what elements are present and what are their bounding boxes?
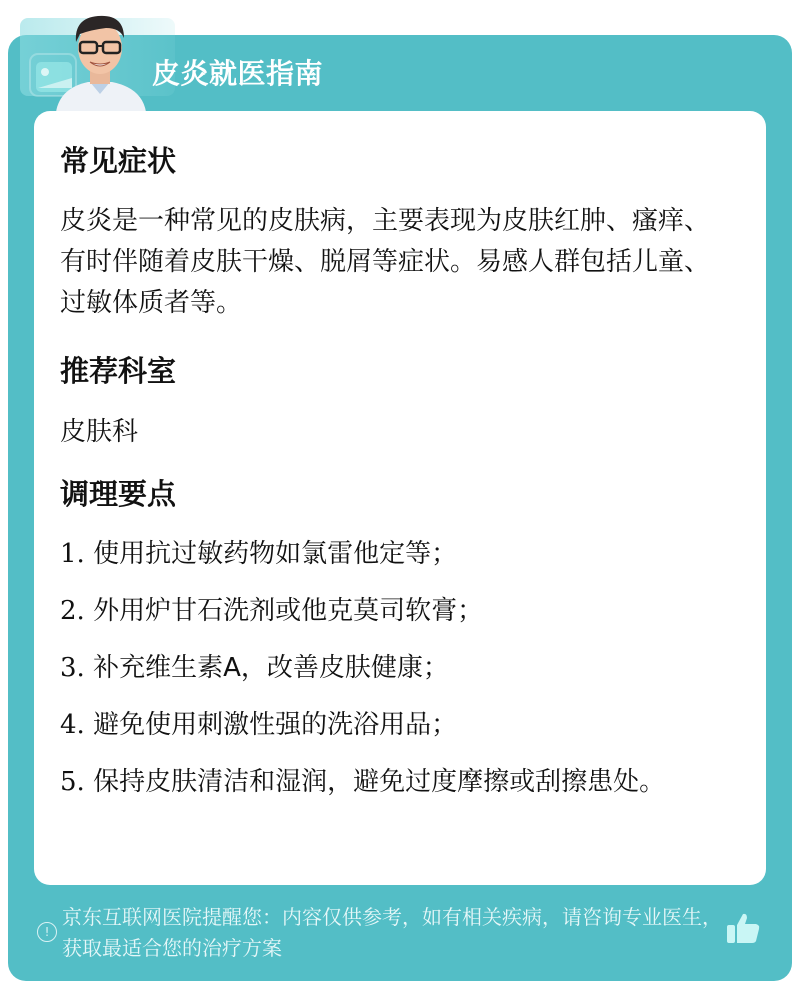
disclaimer-text: 京东互联网医院提醒您：内容仅供参考，如有相关疾病，请咨询专业医生，获取最适合您的… bbox=[62, 902, 732, 964]
care-item: 2. 外用炉甘石洗剂或他克莫司软膏； bbox=[60, 591, 730, 632]
item-number: 5. bbox=[60, 767, 85, 797]
page-title: 皮炎就医指南 bbox=[152, 52, 323, 92]
item-text: 保持皮肤清洁和湿润，避免过度摩擦或刮擦患处。 bbox=[93, 767, 665, 797]
item-number: 1. bbox=[60, 539, 85, 569]
care-item: 5. 保持皮肤清洁和湿润，避免过度摩擦或刮擦患处。 bbox=[60, 762, 730, 803]
info-icon: ! bbox=[37, 922, 57, 942]
care-item: 4. 避免使用刺激性强的洗浴用品； bbox=[60, 705, 730, 746]
thumbs-up-icon[interactable] bbox=[725, 910, 761, 946]
care-item: 3. 补充维生素A，改善皮肤健康； bbox=[60, 648, 730, 689]
item-number: 4. bbox=[60, 710, 85, 740]
item-text: 补充维生素A，改善皮肤健康； bbox=[93, 653, 449, 683]
section-title-care: 调理要点 bbox=[60, 472, 176, 513]
content-card: 常见症状 皮炎是一种常见的皮肤病，主要表现为皮肤红肿、瘙痒、有时伴随着皮肤干燥、… bbox=[34, 111, 766, 885]
care-item: 1. 使用抗过敏药物如氯雷他定等； bbox=[60, 534, 730, 575]
item-text: 外用炉甘石洗剂或他克莫司软膏； bbox=[93, 596, 483, 626]
section-title-symptoms: 常见症状 bbox=[60, 139, 176, 180]
item-text: 使用抗过敏药物如氯雷他定等； bbox=[93, 539, 457, 569]
department-text: 皮肤科 bbox=[60, 412, 730, 453]
doctor-avatar bbox=[50, 8, 150, 112]
item-text: 避免使用刺激性强的洗浴用品； bbox=[93, 710, 457, 740]
section-title-department: 推荐科室 bbox=[60, 349, 176, 390]
item-number: 2. bbox=[60, 596, 85, 626]
item-number: 3. bbox=[60, 653, 85, 683]
symptoms-text: 皮炎是一种常见的皮肤病，主要表现为皮肤红肿、瘙痒、有时伴随着皮肤干燥、脱屑等症状… bbox=[60, 201, 730, 324]
